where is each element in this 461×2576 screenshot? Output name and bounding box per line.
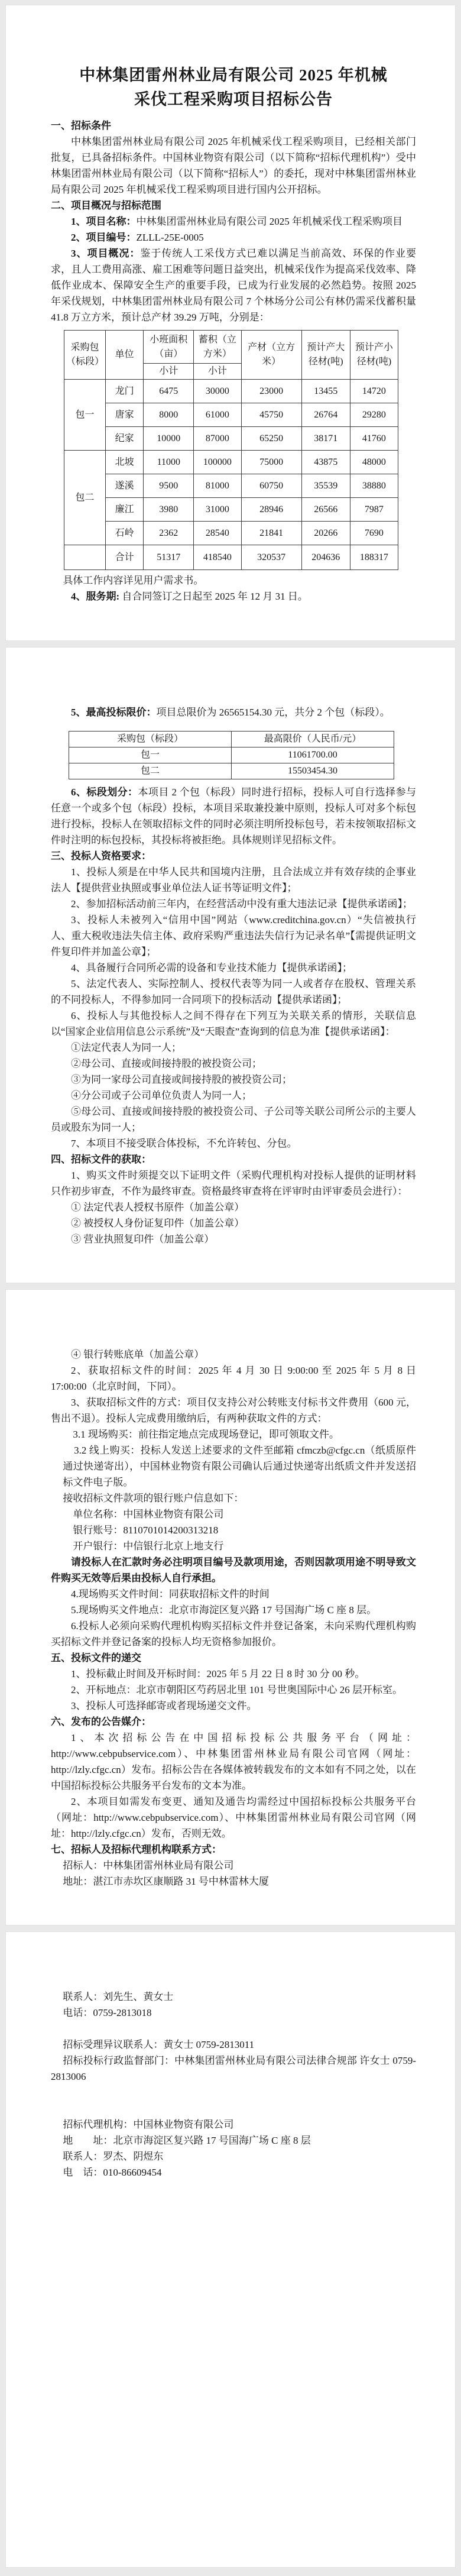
table-cell: 包一 [69,747,232,763]
table-cell: 唐家 [106,403,144,427]
agency-phone: 电 话：010-86609454 [51,2164,416,2180]
supervision-department: 招标投标行政监督部门：中林集团雷州林业局有限公司法律合规部 许女士 0759-2… [51,2053,416,2085]
table-row: 纪家1000087000652503817141760 [64,427,398,451]
document-title-line: 中林集团雷州林业局有限公司 2025 年机械 [51,63,416,88]
table-cell: 26764 [301,403,350,427]
text-segment: 银行账号：8110701014200313218 [73,1525,218,1536]
table-header-cell: 最高限价（人民币/元） [232,732,394,747]
table-cell: 23000 [241,380,301,403]
text-segment: 3、获取招标文件的方式：项目仅支持公对公转账支付标书文件费用（600 元，售出不… [51,1397,416,1424]
project-number-line: 2、项目编号：ZLLL-25E-0005 [51,229,416,245]
table-row: 合计51317418540320537204636188317 [64,545,398,570]
table-header-cell: 预计产小径材(吨) [350,331,398,380]
text-segment: 3、投标人未被列入“信用中国”网站（www.creditchina.gov.cn… [51,914,416,957]
bid-opening-place: 2、开标地点：北京市朝阳区芍药居北里 101 号世奥国际中心 26 层开标室。 [51,1682,416,1698]
table-cell: 包二 [64,451,106,545]
table-cell: 31000 [194,498,241,522]
text-segment: 2、参加招标活动前三年内，在经营活动中没有重大违法记录【提供承诺函】； [71,898,413,910]
text-segment: 地址：湛江市赤坎区康顺路 31 号中林雷林大厦 [63,1876,269,1887]
text-segment: 3、投标人可选择邮寄或者现场递交文件。 [71,1700,257,1711]
text-segment: 地 址：北京市海淀区复兴路 17 号国海广场 C 座 8 层 [63,2135,310,2146]
text-segment: 3、项目概况： [71,248,140,259]
text-segment: 3.1 现场购买：前往指定地点完成现场登记，即可领取文件。 [73,1429,339,1440]
table-row: 包二15503454.30 [69,763,394,779]
text-segment: 招标人：中林集团雷州林业局有限公司 [63,1860,233,1871]
table-header-cell: 小计 [144,364,194,380]
text-segment: 4、服务期: [71,591,119,602]
p: 3、投标人可选择邮寄或者现场递交文件。 [51,1698,416,1714]
table-header-cell: 小计 [194,364,241,380]
text-segment: 六、发布的公告媒介： [51,1716,151,1727]
text-segment: ② 被授权人身份证复印件（加盖公章） [71,1218,244,1229]
sp [51,2021,416,2037]
text-segment: 2、获取招标文件的时间：2025 年 4 月 30 日 9:00:00 至 20… [51,1365,416,1392]
text-segment: ③ 营业执照复印件（加盖公章） [71,1234,214,1245]
table-header-cell: 产材（立方米） [241,331,301,380]
table-cell: 9500 [144,474,194,498]
table-cell: 43875 [301,451,350,474]
project-overview: 3、项目概况：鉴于传统人工采伐方式已难以满足当前高效、环保的作业要求，且人工费用… [51,245,416,325]
text-segment: ⑤母公司、直接或间接持股的被投资公司、子公司等关联公司所公示的主要人员或股东为同… [51,1106,416,1133]
table-cell: 北坡 [106,451,144,474]
project-name-line: 1、项目名称：中林集团雷州林业局有限公司 2025 年机械采伐工程采购项目 [51,213,416,229]
text-segment: ZLLL-25E-0005 [137,232,204,243]
p: 3、获取招标文件的方式：项目仅支持公对公转账支付标书文件费用（600 元，售出不… [51,1394,416,1426]
table-cell: 51317 [144,545,194,570]
document-pages: 中林集团雷州林业局有限公司 2025 年机械采伐工程采购项目招标公告一、招标条件… [0,5,461,2568]
section-heading-5: 五、投标文件的递交 [51,1650,416,1666]
text-segment: 招标受理异议联系人：黄女士 0759-2813011 [63,2039,254,2050]
text-segment: 3.2 线上购买：投标人发送上述要求的文件至邮箱 cfmczb@cfgc.cn（… [63,1445,416,1488]
text-segment: 开户银行：中信银行北京上地支行 [73,1541,223,1552]
table-cell: 28946 [241,498,301,522]
table-cell: 7987 [350,498,398,522]
text-segment: 中林集团雷州林业局有限公司 2025 年机械采伐工程采购项目 [137,216,403,227]
p: ⑤母公司、直接或间接持股的被投资公司、子公司等关联公司所公示的主要人员或股东为同… [51,1103,416,1135]
table-header-cell: 预计产大径材(吨) [301,331,350,380]
p: 3.1 现场购买：前往指定地点完成现场登记，即可领取文件。 [51,1426,416,1442]
p: 6.投标人必须向采购代理机构购买招标文件并登记备案，未向采购代理机构购买招标文件… [51,1618,416,1650]
p: 2、获取招标文件的时间：2025 年 4 月 30 日 9:00:00 至 20… [51,1363,416,1394]
text-segment: 6.投标人必须向采购代理机构购买招标文件并登记备案，未向采购代理机构购买招标文件… [51,1620,416,1648]
text-segment: 5、最高投标限价： [71,707,157,718]
text-segment: 一、招标条件 [51,120,111,131]
text-segment: ④分公司或子公司单位负责人为同一人； [71,1090,252,1101]
objection-contact: 招标受理异议联系人：黄女士 0759-2813011 [51,2037,416,2053]
table-cell: 35539 [301,474,350,498]
text-segment: 联系人：刘先生、黄女士 [63,1991,173,2002]
procurement-packages-table: 采购包（标段）单位小班面积（亩）蓄积（立方米）产材（立方米）预计产大径材(吨)预… [64,330,398,570]
table-cell: 48000 [350,451,398,474]
table-cell: 100000 [194,451,241,474]
page-4: 联系人：刘先生、黄女士电话：0759-2813018招标受理异议联系人：黄女士 … [5,1931,456,2568]
p: 1、本次招标公告在中国招标投标公共服务平台（网址：http://www.cebp… [51,1730,416,1794]
table-cell: 61000 [194,403,241,427]
table-cell: 188317 [350,545,398,570]
table-row: 遂溪950081000607503553938880 [64,474,398,498]
text-segment: ③为同一家母公司直接或间接持股的被投资公司； [71,1074,292,1085]
text-segment: 三、投标人资格要求： [51,850,151,862]
p: 5、法定代表人、实际控制人、授权代表等为同一人或者存在股权、管理关系的不同投标人… [51,976,416,1008]
table-cell: 遂溪 [106,474,144,498]
table-cell: 75000 [241,451,301,474]
text-segment: ②母公司、直接或间接持股的被投资公司； [71,1058,262,1069]
table-cell: 26566 [301,498,350,522]
paragraph: 中林集团雷州林业局有限公司 2025 年机械采伐工程采购项目，已经相关部门批复，… [51,134,416,198]
bid-deadline: 1、投标截止时间及开标时间：2025 年 5 月 22 日 8 时 30 分 0… [51,1666,416,1682]
table-cell: 合计 [106,545,144,570]
text-segment: 具体工作内容详见用户需求书。 [63,575,203,586]
section-heading-7: 七、招标人及招标代理机构联系方式： [51,1842,416,1857]
table-cell: 320537 [241,545,301,570]
p: 5.现场购买文件地点：北京市海淀区复兴路 17 号国海广场 C 座 8 层。 [51,1602,416,1618]
table-cell: 15503454.30 [232,763,394,779]
table-header-cell: 采购包（标段） [64,331,106,380]
table-cell: 2362 [144,522,194,545]
table-cell: 廉江 [106,498,144,522]
tenderee-contacts: 联系人：刘先生、黄女士 [51,1989,416,2005]
text-segment: 5.现场购买文件地点：北京市海淀区复兴路 17 号国海广场 C 座 8 层。 [71,1604,376,1616]
table-cell: 11061700.00 [232,747,394,763]
sp [51,2085,416,2117]
text-segment: 1、购买文件时须提交以下证明文件（采购代理机构对投标人提供的证明材料只作初步审查… [51,1170,416,1197]
table-cell: 10000 [144,427,194,451]
lot-division: 6、标段划分：本项目 2 个包（标段）同时进行招标，投标人可自行选择参与任意一个… [51,784,416,848]
p: 7、本项目不接受联合体投标，不允许转包、分包。 [51,1135,416,1151]
text-segment: ①法定代表人为同一人； [71,1042,181,1053]
table-cell: 包二 [69,763,232,779]
text-segment: 1、投标截止时间及开标时间：2025 年 5 月 22 日 8 时 30 分 0… [71,1668,365,1679]
table-row: 包一11061700.00 [69,747,394,763]
table-cell: 28540 [194,522,241,545]
section-heading-2: 二、项目概况与招标范围 [51,198,416,213]
table-cell: 81000 [194,474,241,498]
text-segment: 鉴于传统人工采伐方式已难以满足当前高效、环保的作业要求，且人工费用高涨、雇工困难… [51,248,416,323]
p: 1、投标人须是在中华人民共和国境内注册，且合法成立并有效存续的企事业法人【提供营… [51,864,416,896]
document-title: 中林集团雷州林业局有限公司 2025 年机械采伐工程采购项目招标公告 [51,63,416,112]
table-cell: 13455 [301,380,350,403]
p: 1、购买文件时须提交以下证明文件（采购代理机构对投标人提供的证明材料只作初步审查… [51,1167,416,1199]
table-cell [64,545,106,570]
text-segment: 自合同签订之日起至 2025 年 12 月 31 日。 [119,591,308,602]
p: 2、参加招标活动前三年内，在经营活动中没有重大违法记录【提供承诺函】； [51,896,416,912]
table-header-cell: 蓄积（立方米） [194,331,241,364]
text-segment: 6、标段划分： [71,787,138,798]
section-heading-3: 三、投标人资格要求： [51,848,416,864]
text-segment: ① 法定代表人授权书原件（加盖公章） [71,1202,244,1213]
text-segment: 中林集团雷州林业局有限公司 2025 年机械采伐工程采购项目，已经相关部门批复，… [51,136,416,195]
text-segment: 招标投标行政监督部门：中林集团雷州林业局有限公司法律合规部 许女士 0759-2… [51,2055,416,2082]
text-segment: 5、法定代表人、实际控制人、授权代表等为同一人或者存在股权、管理关系的不同投标人… [51,978,416,1005]
p: ② 被授权人身份证复印件（加盖公章） [51,1215,416,1231]
document-title-line: 采伐工程采购项目招标公告 [51,88,416,112]
tenderee-name: 招标人：中林集团雷州林业局有限公司 [51,1857,416,1873]
table-header-cell: 单位 [106,331,144,380]
table-cell: 29280 [350,403,398,427]
table-cell: 纪家 [106,427,144,451]
text-segment: 4、具备履行合同所必需的设备和专业技术能力【提供承诺函】； [71,962,352,973]
table-row: 石岭23622854021841202667690 [64,522,398,545]
p: ③ 营业执照复印件（加盖公章） [51,1231,416,1247]
tenderee-phone: 电话：0759-2813018 [51,2005,416,2021]
table-cell: 龙门 [106,380,144,403]
text-segment: 四、招标文件的获取： [51,1154,151,1165]
table-cell: 30000 [194,380,241,403]
page-2: 5、最高投标限价：项目总限价为 26565154.30 元，共分 2 个包（标段… [5,647,456,1283]
text-segment: 二、项目概况与招标范围 [51,200,161,211]
section-heading-6: 六、发布的公告媒介： [51,1714,416,1730]
tenderee-address: 地址：湛江市赤坎区康顺路 31 号中林雷林大厦 [51,1873,416,1889]
table-cell: 38171 [301,427,350,451]
text-segment: 2、项目编号： [71,232,137,243]
text-segment: 联系人：罗杰、阴煜东 [63,2151,163,2162]
text-segment: 五、投标文件的递交 [51,1652,141,1664]
table-cell: 6475 [144,380,194,403]
table-header-row: 采购包（标段）单位小班面积（亩）蓄积（立方米）产材（立方米）预计产大径材(吨)预… [64,331,398,364]
text-segment: 请投标人在汇款时务必注明项目编号及款项用途，否则因款项用途不明导致文件购买无效等… [51,1556,416,1584]
table-cell: 65250 [241,427,301,451]
table-cell: 87000 [194,427,241,451]
text-segment: 电话：0759-2813018 [63,2007,151,2018]
table-cell: 21841 [241,522,301,545]
text-segment: 2、开标地点：北京市朝阳区芍药居北里 101 号世奥国际中心 26 层开标室。 [71,1684,402,1695]
text-segment: 1、项目名称： [71,216,137,227]
table-cell: 石岭 [106,522,144,545]
p: 3.2 线上购买：投标人发送上述要求的文件至邮箱 cfmczb@cfgc.cn（… [51,1442,416,1490]
remittance-warning: 请投标人在汇款时务必注明项目编号及款项用途，否则因款项用途不明导致文件购买无效等… [51,1554,416,1586]
p: ④ 银行转账底单（加盖公章） [51,1347,416,1363]
table-cell: 8000 [144,403,194,427]
p: ④分公司或子公司单位负责人为同一人； [51,1088,416,1103]
table-cell: 11000 [144,451,194,474]
text-segment: 7、本项目不接受联合体投标，不允许转包、分包。 [71,1138,297,1149]
page-3: ④ 银行转账底单（加盖公章）2、获取招标文件的时间：2025 年 4 月 30 … [5,1289,456,1925]
table-cell: 60750 [241,474,301,498]
text-segment: 1、本次招标公告在中国招标投标公共服务平台（网址：http://www.cebp… [51,1732,416,1791]
service-period-line: 4、服务期: 自合同签订之日起至 2025 年 12 月 31 日。 [51,588,416,604]
bank-account-name: 单位名称：中国林业物资有限公司 [51,1506,416,1522]
bank-account-number: 银行账号：8110701014200313218 [51,1522,416,1538]
p: 4、具备履行合同所必需的设备和专业技术能力【提供承诺函】； [51,960,416,976]
table-row: 包一龙门647530000230001345514720 [64,380,398,403]
table-row: 唐家800061000457502676429280 [64,403,398,427]
p: 6、投标人与其他投标人之间不得存在下列互为关联关系的情形，关联信息以“国家企业信… [51,1008,416,1040]
table-cell: 41760 [350,427,398,451]
p: ②母公司、直接或间接持股的被投资公司； [51,1056,416,1072]
table-row: 包二北坡11000100000750004387548000 [64,451,398,474]
text-segment: 项目总限价为 26565154.30 元，共分 2 个包（标段）。 [157,707,390,718]
page-1: 中林集团雷州林业局有限公司 2025 年机械采伐工程采购项目招标公告一、招标条件… [5,5,456,641]
section-heading-1: 一、招标条件 [51,118,416,134]
table-cell: 包一 [64,380,106,451]
table-cell: 45750 [241,403,301,427]
table-row: 廉江39803100028946265667987 [64,498,398,522]
p: 4.现场购买文件时间：同获取招标文件的时间 [51,1586,416,1602]
p: 接收招标文件款项的银行账户信息如下： [51,1490,416,1506]
p: ①法定代表人为同一人； [51,1040,416,1056]
table-cell: 418540 [194,545,241,570]
text-segment: 2、本项目如需发布变更、通知及通告均需经过中国招标投标公共服务平台（网址：htt… [51,1796,416,1839]
table-cell: 7690 [350,522,398,545]
p: 3、投标人未被列入“信用中国”网站（www.creditchina.gov.cn… [51,912,416,960]
text-segment: 七、招标人及招标代理机构联系方式： [51,1844,222,1855]
table-cell: 3980 [144,498,194,522]
bank-branch: 开户银行：中信银行北京上地支行 [51,1538,416,1554]
table-cell: 14720 [350,380,398,403]
section-heading-4: 四、招标文件的获取： [51,1151,416,1167]
document-viewer: 中林集团雷州林业局有限公司 2025 年机械采伐工程采购项目招标公告一、招标条件… [0,0,461,2568]
max-price-line: 5、最高投标限价：项目总限价为 26565154.30 元，共分 2 个包（标段… [51,704,416,720]
p: ① 法定代表人授权书原件（加盖公章） [51,1199,416,1215]
text-segment: 1、投标人须是在中华人民共和国境内注册，且合法成立并有效存续的企事业法人【提供营… [51,866,416,894]
table-cell: 20266 [301,522,350,545]
price-limit-table: 采购包（标段）最高限价（人民币/元）包一11061700.00包二1550345… [69,731,394,779]
agency-contacts: 联系人：罗杰、阴煜东 [51,2148,416,2164]
text-segment: 电 话：010-86609454 [63,2167,161,2178]
text-segment: 招标代理机构：中国林业物资有限公司 [63,2119,233,2130]
table-header-row: 采购包（标段）最高限价（人民币/元） [69,732,394,747]
text-segment: 6、投标人与其他投标人之间不得存在下列互为关联关系的情形，关联信息以“国家企业信… [51,1010,416,1037]
text-segment: ④ 银行转账底单（加盖公章） [71,1349,204,1360]
table-note: 具体工作内容详见用户需求书。 [51,572,416,588]
agency-name: 招标代理机构：中国林业物资有限公司 [51,2117,416,2132]
text-segment: 4.现场购买文件时间：同获取招标文件的时间 [71,1588,270,1600]
agency-address: 地 址：北京市海淀区复兴路 17 号国海广场 C 座 8 层 [51,2132,416,2148]
table-header-cell: 采购包（标段） [69,732,232,747]
text-segment: 单位名称：中国林业物资有限公司 [73,1509,223,1520]
table-header-cell: 小班面积（亩） [144,331,194,364]
p: 2、本项目如需发布变更、通知及通告均需经过中国招标投标公共服务平台（网址：htt… [51,1794,416,1842]
table-cell: 38880 [350,474,398,498]
p: ③为同一家母公司直接或间接持股的被投资公司； [51,1072,416,1088]
text-segment: 接收招标文件款项的银行账户信息如下： [63,1493,244,1504]
table-cell: 204636 [301,545,350,570]
